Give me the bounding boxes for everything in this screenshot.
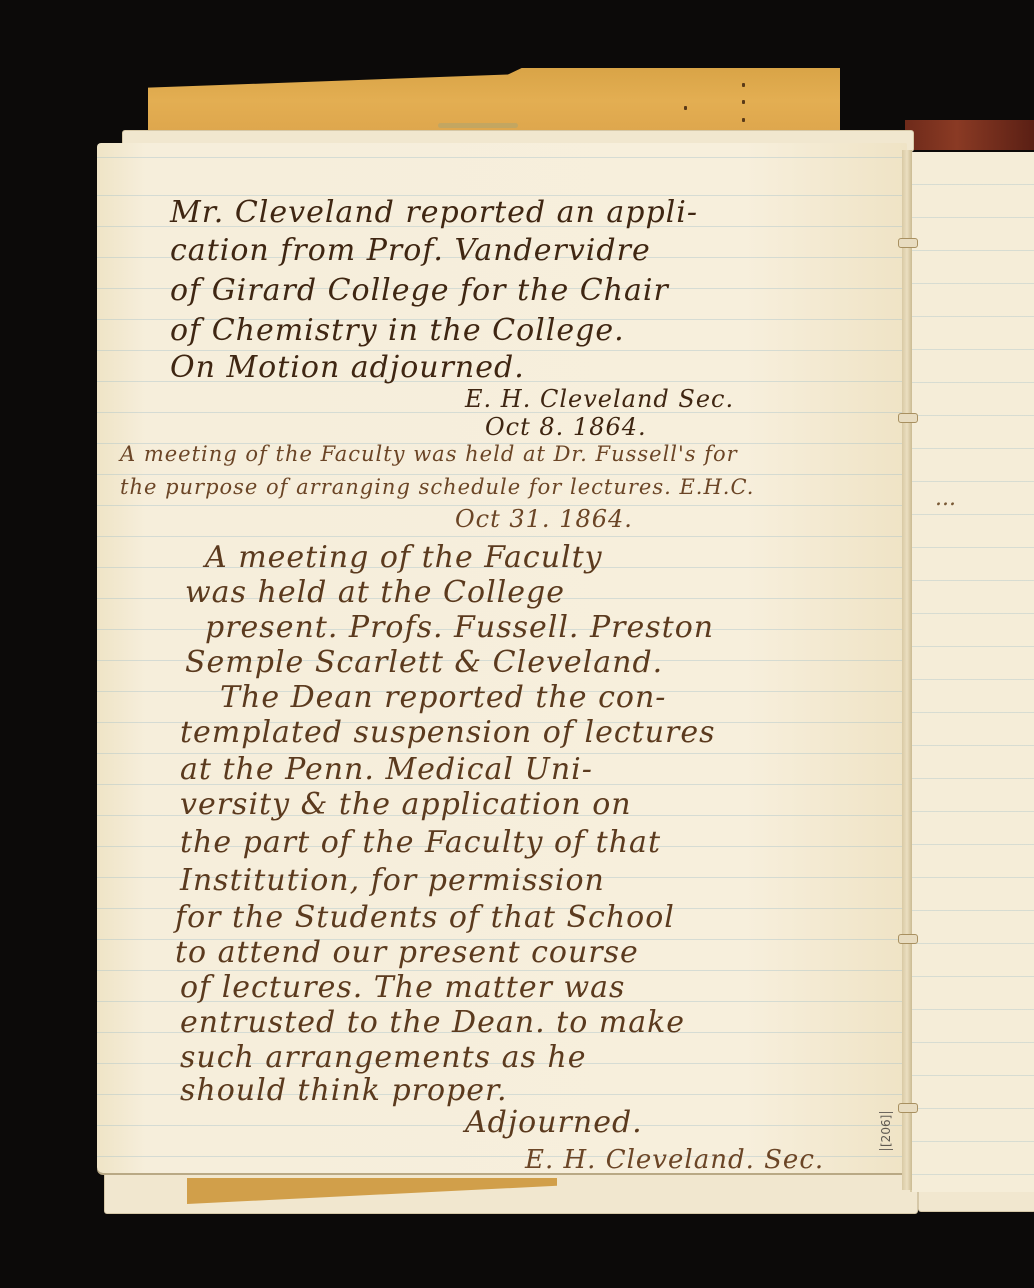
manuscript-line: the part of the Faculty of that bbox=[180, 825, 661, 860]
manuscript-line: A meeting of the Faculty bbox=[205, 540, 603, 575]
page-number: [206] bbox=[879, 1112, 893, 1150]
manuscript-line: was held at the College bbox=[185, 575, 565, 610]
right-page bbox=[910, 152, 1034, 1192]
manuscript-line: entrusted to the Dean. to make bbox=[180, 1005, 685, 1040]
manuscript-line: of Girard College for the Chair bbox=[170, 273, 669, 308]
manuscript-line: the purpose of arranging schedule for le… bbox=[120, 475, 754, 499]
manuscript-line: of lectures. The matter was bbox=[180, 970, 625, 1005]
staple-mark bbox=[742, 100, 745, 104]
manuscript-line: Institution, for permission bbox=[180, 863, 605, 898]
manuscript-line: present. Profs. Fussell. Preston bbox=[205, 610, 714, 645]
secretary-signature: E. H. Cleveland. Sec. bbox=[525, 1145, 824, 1175]
binding-thread bbox=[898, 413, 918, 423]
folder-stain bbox=[438, 123, 518, 128]
manuscript-line: cation from Prof. Vandervidre bbox=[170, 233, 651, 268]
binding-thread bbox=[898, 238, 918, 248]
staple-mark bbox=[742, 83, 745, 87]
manuscript-line: templated suspension of lectures bbox=[180, 715, 716, 750]
manuscript-line: at the Penn. Medical Uni- bbox=[180, 752, 593, 787]
manuscript-line: for the Students of that School bbox=[175, 900, 675, 935]
manuscript-line: such arrangements as he bbox=[180, 1040, 587, 1075]
manuscript-line: of Chemistry in the College. bbox=[170, 313, 625, 348]
manuscript-line: On Motion adjourned. bbox=[170, 350, 525, 385]
manuscript-line: should think proper. bbox=[180, 1073, 508, 1108]
secretary-signature: E. H. Cleveland Sec. bbox=[465, 385, 734, 413]
entry-date: Oct 31. 1864. bbox=[455, 505, 633, 533]
binding-thread bbox=[898, 934, 918, 944]
manuscript-line: to attend our present course bbox=[175, 935, 639, 970]
entry-date: Oct 8. 1864. bbox=[485, 413, 647, 441]
staple-mark bbox=[742, 118, 745, 122]
staple-mark bbox=[684, 106, 687, 110]
book-binding bbox=[905, 120, 1034, 150]
manuscript-line: A meeting of the Faculty was held at Dr.… bbox=[120, 442, 738, 466]
manuscript-line: Semple Scarlett & Cleveland. bbox=[185, 645, 663, 680]
manuscript-line: versity & the application on bbox=[180, 787, 632, 822]
manuscript-line: The Dean reported the con- bbox=[220, 680, 666, 715]
closing-adjourned: Adjourned. bbox=[465, 1105, 643, 1140]
manuscript-line: Mr. Cleveland reported an appli- bbox=[170, 195, 698, 230]
book-gutter bbox=[902, 150, 912, 1190]
binding-thread bbox=[898, 1103, 918, 1113]
margin-mark: ... bbox=[935, 486, 956, 511]
